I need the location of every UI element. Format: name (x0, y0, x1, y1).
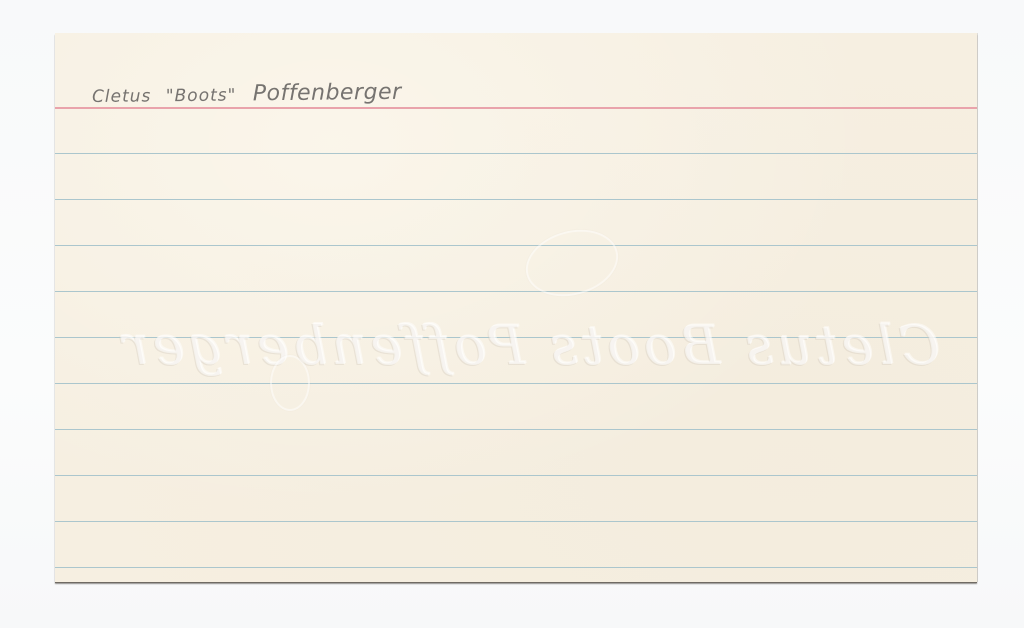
blue-rule-10 (55, 567, 977, 568)
nickname: "Boots" (166, 85, 237, 106)
index-card: Cletus "Boots" Poffenberger Cletus Boots… (55, 33, 977, 582)
embossed-loop-lower (270, 355, 310, 411)
blue-rule-9 (55, 521, 977, 522)
given-name: Cletus (92, 86, 152, 107)
blue-rule-7 (55, 429, 977, 430)
red-header-rule (55, 107, 977, 109)
photo-background: Cletus "Boots" Poffenberger Cletus Boots… (0, 0, 1024, 628)
blue-rule-2 (55, 199, 977, 200)
surname: Poffenberger (253, 80, 402, 107)
blue-rule-8 (55, 475, 977, 476)
embossed-signature: Cletus Boots Poffenberger (150, 291, 940, 401)
handwritten-name: Cletus "Boots" Poffenberger (92, 80, 402, 108)
blue-rule-1 (55, 153, 977, 154)
blue-rule-3 (55, 245, 977, 246)
